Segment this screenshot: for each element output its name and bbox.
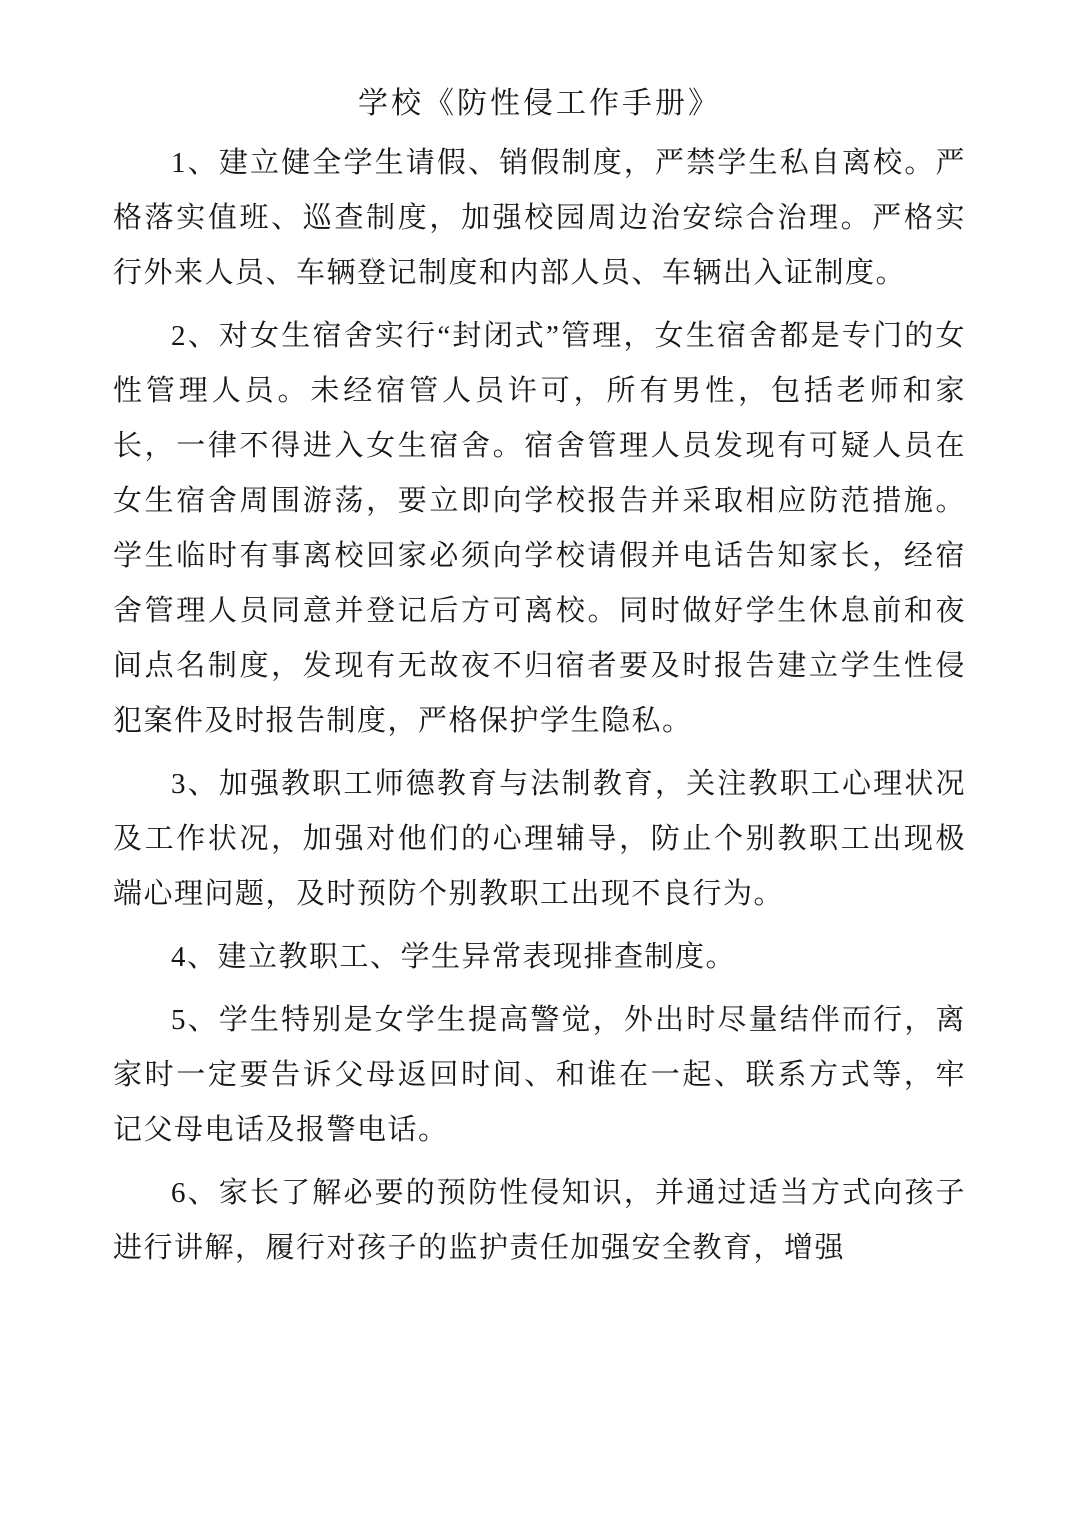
paragraph-2: 2、对女生宿舍实行“封闭式”管理，女生宿舍都是专门的女性管理人员。未经宿管人员许… bbox=[113, 309, 966, 749]
paragraph-4: 4、建立教职工、学生异常表现排查制度。 bbox=[113, 930, 966, 985]
document-page: 学校《防性侵工作手册》 1、建立健全学生请假、销假制度，严禁学生私自离校。严格落… bbox=[0, 0, 1080, 1527]
paragraph-5: 5、学生特别是女学生提高警觉，外出时尽量结伴而行，离家时一定要告诉父母返回时间、… bbox=[113, 993, 966, 1158]
paragraph-3: 3、加强教职工师德教育与法制教育，关注教职工心理状况及工作状况，加强对他们的心理… bbox=[113, 757, 966, 922]
paragraph-1: 1、建立健全学生请假、销假制度，严禁学生私自离校。严格落实值班、巡查制度，加强校… bbox=[113, 136, 966, 301]
document-title: 学校《防性侵工作手册》 bbox=[113, 84, 966, 124]
paragraph-6: 6、家长了解必要的预防性侵知识，并通过适当方式向孩子进行讲解，履行对孩子的监护责… bbox=[113, 1166, 966, 1276]
document-body: 1、建立健全学生请假、销假制度，严禁学生私自离校。严格落实值班、巡查制度，加强校… bbox=[113, 136, 966, 1276]
